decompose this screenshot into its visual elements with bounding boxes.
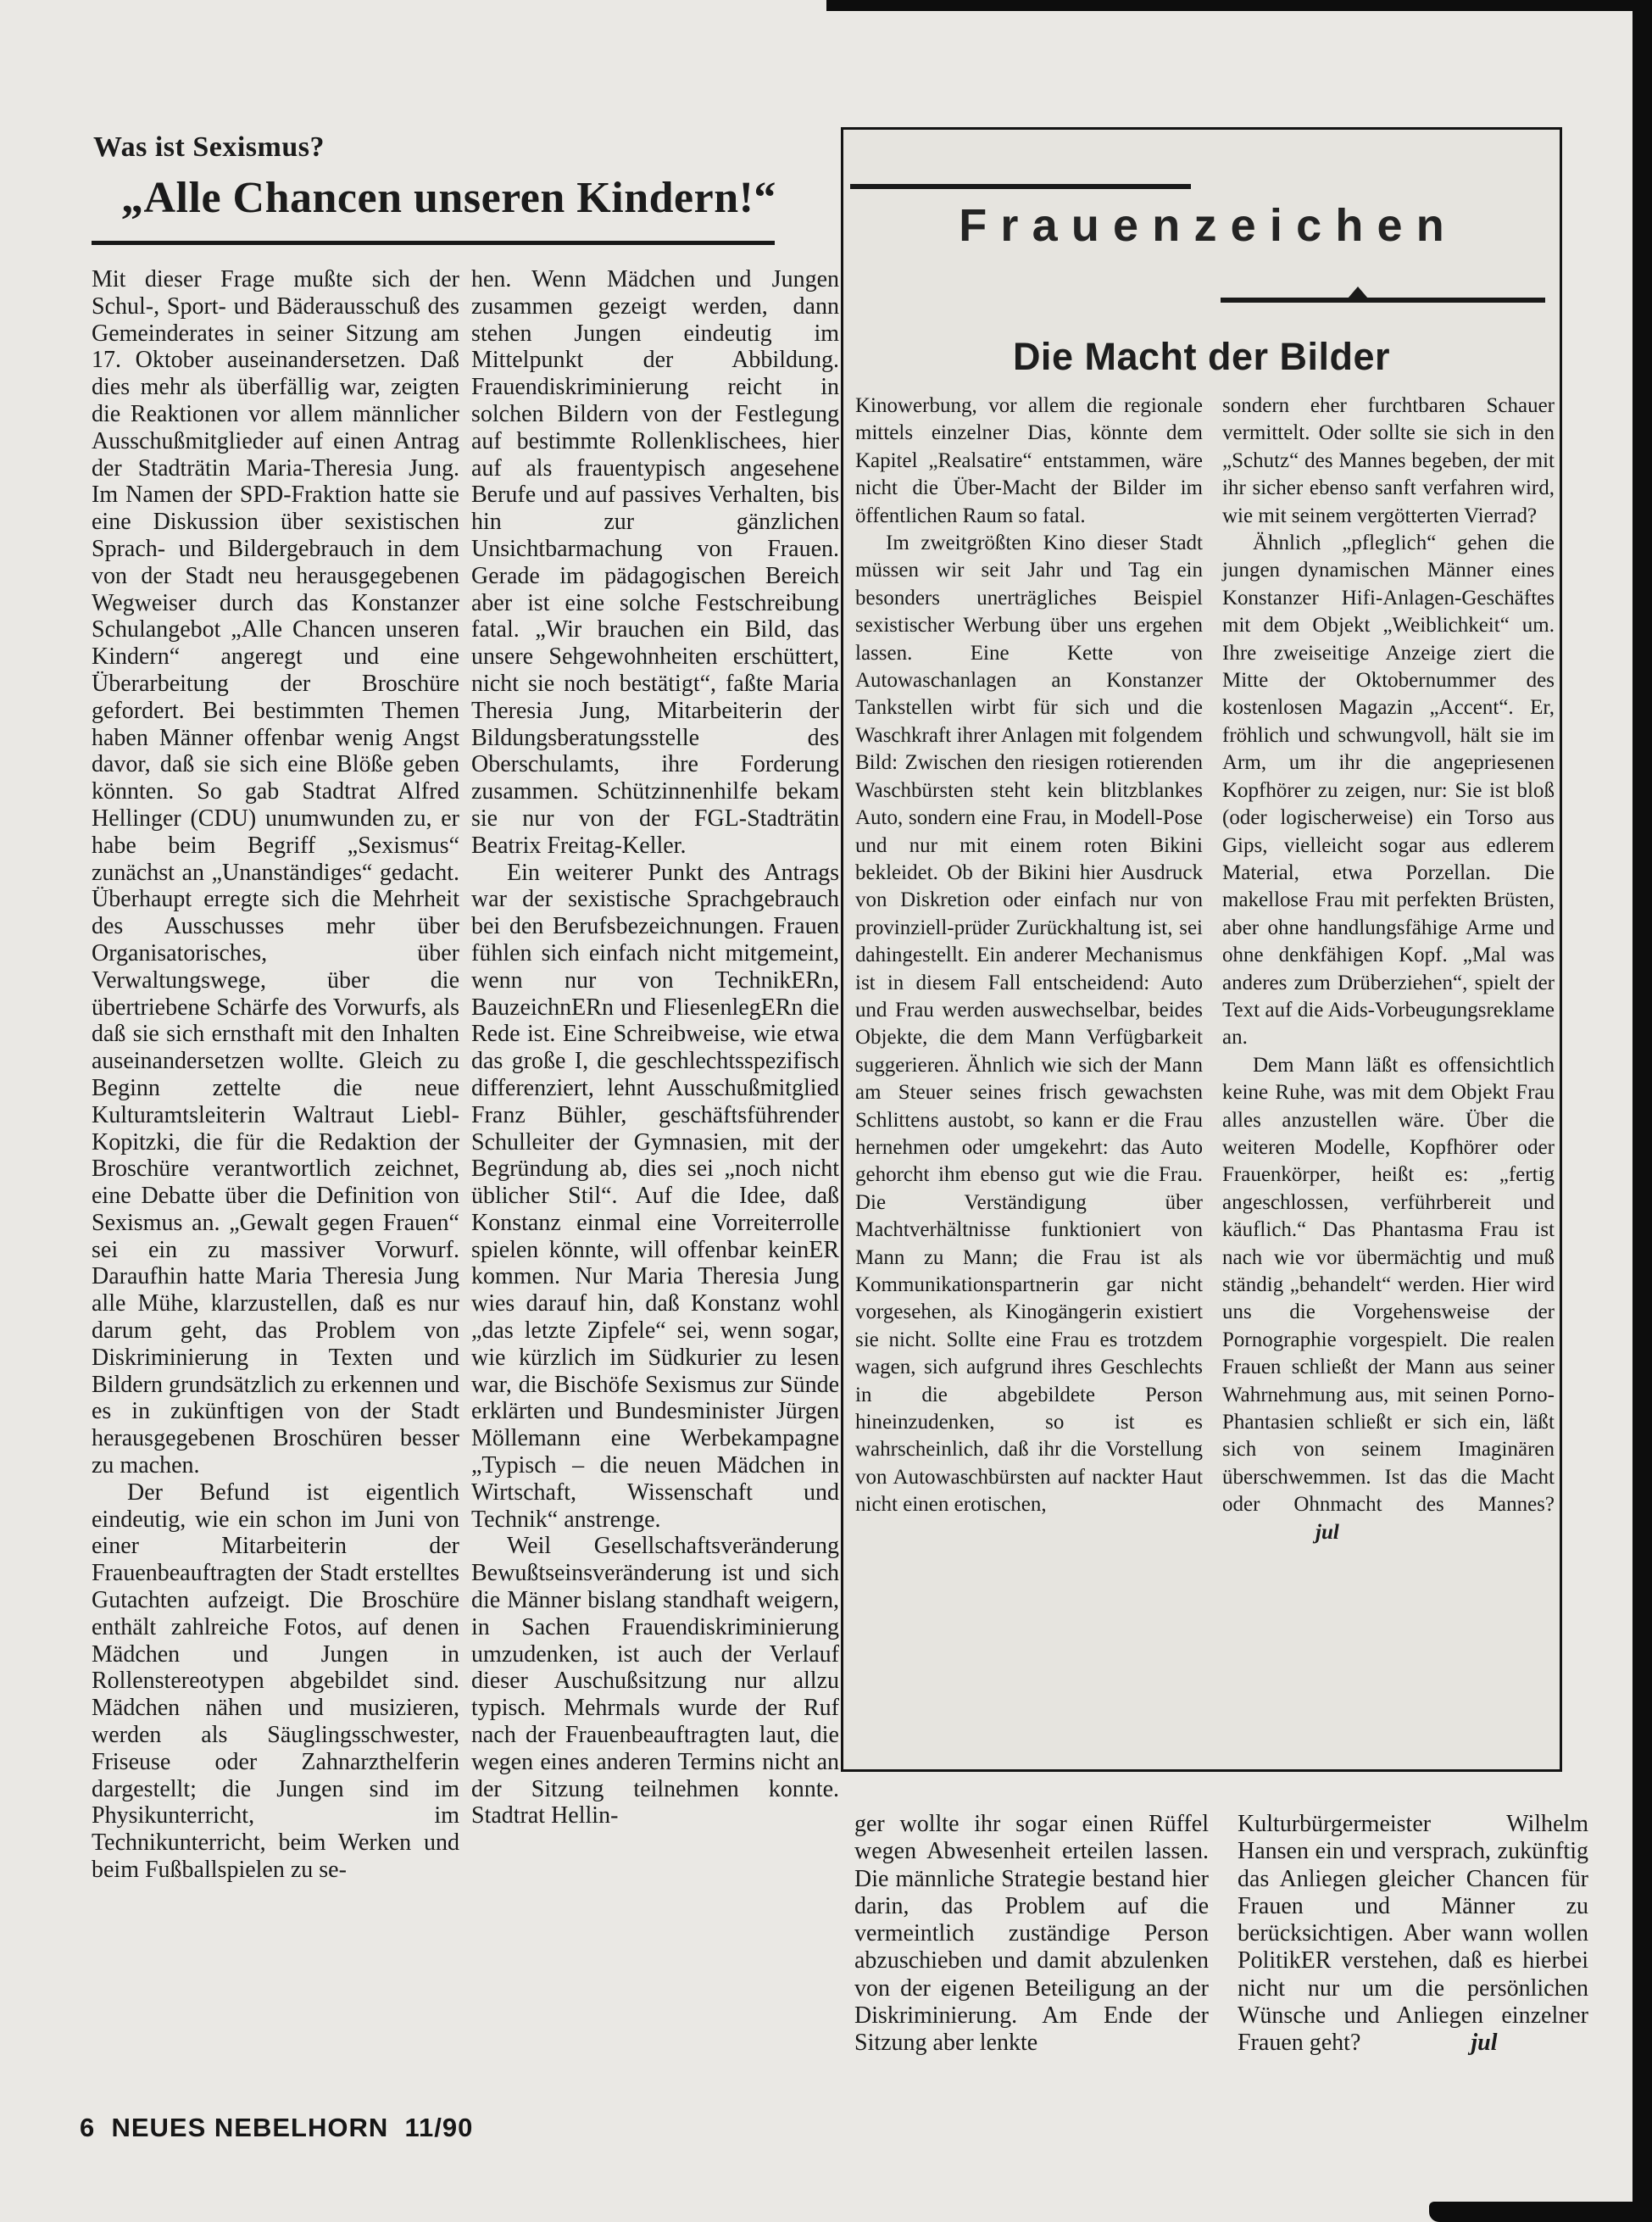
article-column-2: hen. Wenn Mädchen und Jungen zusammen ge… — [471, 266, 839, 1829]
newspaper-page: Was ist Sexismus? „Alle Chancen unseren … — [0, 0, 1652, 2222]
box-column-1: Kinowerbung, vor allem die regionale mit… — [855, 393, 1203, 1519]
paragraph: Im zweitgrößten Kino dieser Stadt müssen… — [855, 530, 1203, 1519]
scan-black-streak-bottom — [1429, 2202, 1652, 2222]
paragraph: Kinowerbung, vor allem die regionale mit… — [855, 393, 1203, 530]
page-title: „Alle Chancen unseren Kindern!“ — [121, 173, 776, 223]
paragraph-text: Dem Mann läßt es offensichtlich keine Ru… — [1222, 1054, 1555, 1517]
headline-underline — [92, 241, 775, 245]
rubric-title: Frauenzeichen — [843, 199, 1560, 252]
scan-black-bar-right — [1633, 0, 1652, 2222]
frauenzeichen-box: Frauenzeichen Die Macht der Bilder Kinow… — [841, 127, 1562, 1772]
caret-up-icon — [1348, 287, 1368, 298]
paragraph: Kulturbürgermeister Wilhelm Hansen ein u… — [1238, 1811, 1588, 2058]
paragraph-text: Kulturbürgermeister Wilhelm Hansen ein u… — [1238, 1811, 1588, 2056]
article-column-3: ger wollte ihr sogar einen Rüffel wegen … — [854, 1811, 1209, 2058]
paragraph: ger wollte ihr sogar einen Rüffel wegen … — [854, 1811, 1209, 2058]
paragraph: Weil Gesellschaftsveränderung Bewußtsein… — [471, 1533, 839, 1829]
page-footer: 6 NEUES NEBELHORN 11/90 — [80, 2113, 473, 2143]
box-article-title: Die Macht der Bilder — [843, 335, 1560, 379]
paragraph: Mit dieser Frage mußte sich der Schul-, … — [92, 266, 459, 1479]
paragraph: sondern eher furchtbaren Schauer vermitt… — [1222, 393, 1555, 530]
box-column-2: sondern eher furchtbaren Schauer vermitt… — [1222, 393, 1555, 1546]
paragraph: Dem Mann läßt es offensichtlich keine Ru… — [1222, 1052, 1555, 1546]
article-column-1: Mit dieser Frage mußte sich der Schul-, … — [92, 266, 459, 1884]
paragraph: Ähnlich „pfleglich“ gehen die jungen dyn… — [1222, 530, 1555, 1052]
kicker: Was ist Sexismus? — [93, 131, 325, 164]
rubric-rule-left — [850, 184, 1191, 189]
paragraph: Der Befund ist eigentlich eindeutig, wie… — [92, 1479, 459, 1884]
author-initials: jul — [1471, 2030, 1497, 2056]
article-column-4: Kulturbürgermeister Wilhelm Hansen ein u… — [1238, 1811, 1588, 2058]
rubric-rule-right — [1221, 298, 1545, 303]
paragraph: Ein weiterer Punkt des Antrags war der s… — [471, 860, 839, 1534]
author-initials: jul — [1315, 1521, 1339, 1544]
paragraph: hen. Wenn Mädchen und Jungen zusammen ge… — [471, 266, 839, 860]
scan-black-strip-top — [826, 0, 1652, 11]
